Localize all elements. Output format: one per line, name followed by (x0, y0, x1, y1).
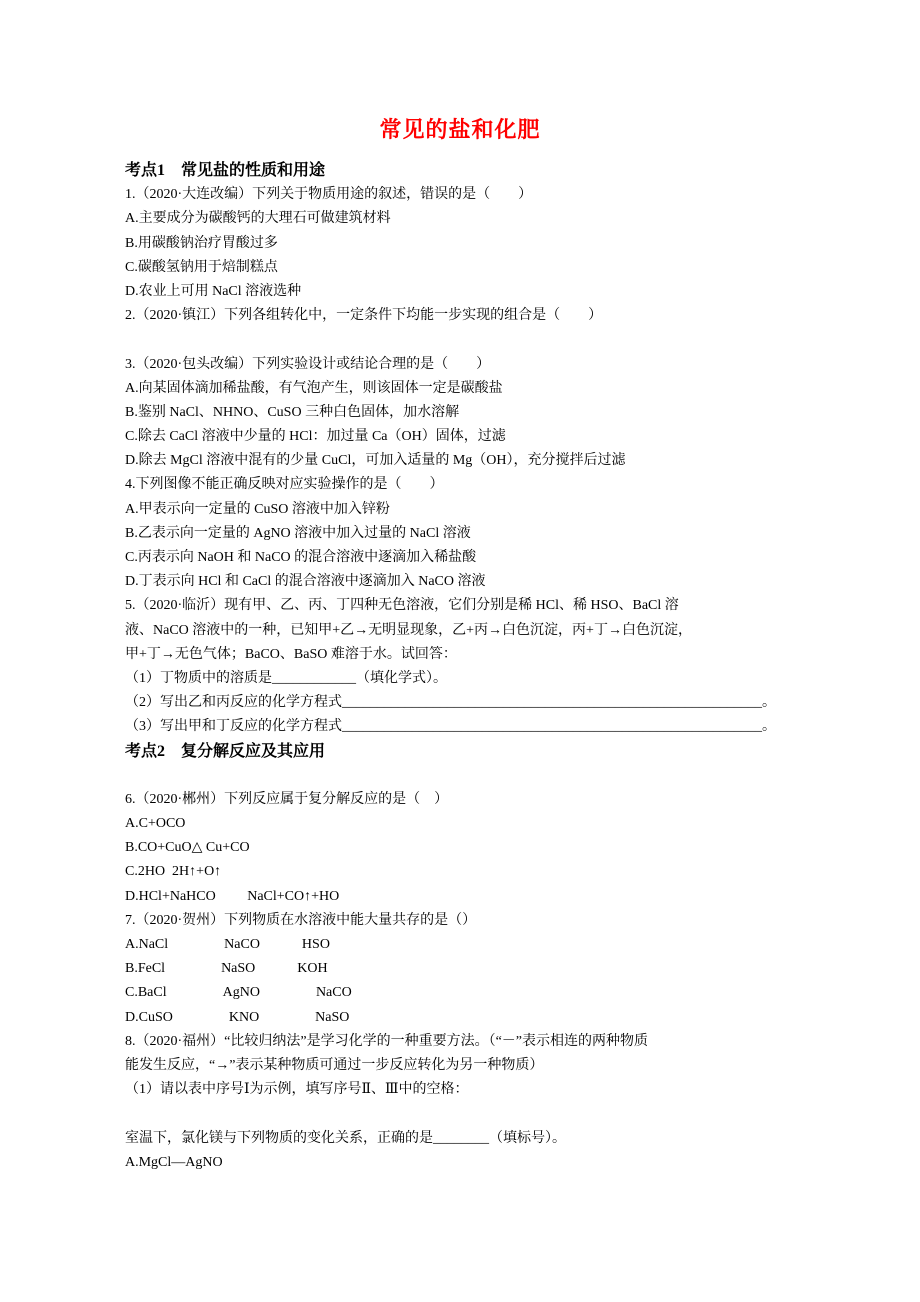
question-7-option-a: A.NaCl NaCO HSO (125, 933, 805, 957)
question-6-option-a: A.C+OCO (125, 812, 805, 836)
spacer-line (125, 764, 805, 788)
question-6-stem: 6.（2020·郴州）下列反应属于复分解反应的是（ ） (125, 788, 805, 812)
question-1-option-d: D.农业上可用 NaCl 溶液选种 (125, 280, 805, 304)
question-1-option-a: A.主要成分为碳酸钙的大理石可做建筑材料 (125, 207, 805, 231)
section-2-heading: 考点2 复分解反应及其应用 (125, 740, 805, 764)
question-1-stem: 1.（2020·大连改编）下列关于物质用途的叙述，错误的是（ ） (125, 183, 805, 207)
question-8-stem-line-1: 8.（2020·福州）“比较归纳法”是学习化学的一种重要方法。（“－”表示相连的… (125, 1030, 805, 1054)
question-3-stem: 3.（2020·包头改编）下列实验设计或结论合理的是（ ） (125, 353, 805, 377)
question-3-option-c: C.除去 CaCl 溶液中少量的 HCl：加过量 Ca（OH）固体，过滤 (125, 425, 805, 449)
question-6-option-d: D.HCl+NaHCO NaCl+CO↑+HO (125, 885, 805, 909)
question-4-option-a: A.甲表示向一定量的 CuSO 溶液中加入锌粉 (125, 498, 805, 522)
question-5-stem-line-3: 甲+丁→无色气体；BaCO、BaSO 难溶于水。试回答： (125, 643, 805, 667)
question-5-stem-line-1: 5.（2020·临沂）现有甲、乙、丙、丁四种无色溶液，它们分别是稀 HCl、稀 … (125, 594, 805, 618)
question-6-option-c: C.2HO 2H↑+O↑ (125, 860, 805, 884)
question-5-subquestion-2: （2）写出乙和丙反应的化学方程式________________________… (125, 691, 805, 715)
question-7-option-b: B.FeCl NaSO KOH (125, 957, 805, 981)
question-8-fill-blank-line: 室温下，氯化镁与下列物质的变化关系，正确的是________（填标号）。 (125, 1127, 805, 1151)
question-6-option-b: B.CO+CuO△ Cu+CO (125, 836, 805, 860)
document-page: 常见的盐和化肥 考点1 常见盐的性质和用途 1.（2020·大连改编）下列关于物… (0, 0, 920, 1302)
page-title: 常见的盐和化肥 (0, 113, 920, 144)
question-7-option-d: D.CuSO KNO NaSO (125, 1006, 805, 1030)
question-5-subquestion-3: （3）写出甲和丁反应的化学方程式________________________… (125, 715, 805, 739)
question-4-stem: 4.下列图像不能正确反映对应实验操作的是（ ） (125, 473, 805, 497)
question-5-subquestion-1: （1）丁物质中的溶质是____________（填化学式）。 (125, 667, 805, 691)
question-1-option-c: C.碳酸氢钠用于焙制糕点 (125, 256, 805, 280)
question-7-option-c: C.BaCl AgNO NaCO (125, 981, 805, 1005)
question-2-stem: 2.（2020·镇江）下列各组转化中，一定条件下均能一步实现的组合是（ ） (125, 304, 805, 328)
spacer-line (125, 1102, 805, 1126)
question-4-option-d: D.丁表示向 HCl 和 CaCl 的混合溶液中逐滴加入 NaCO 溶液 (125, 570, 805, 594)
question-4-option-b: B.乙表示向一定量的 AgNO 溶液中加入过量的 NaCl 溶液 (125, 522, 805, 546)
question-7-stem: 7.（2020·贺州）下列物质在水溶液中能大量共存的是（） (125, 909, 805, 933)
document-body: 考点1 常见盐的性质和用途 1.（2020·大连改编）下列关于物质用途的叙述，错… (125, 159, 805, 1175)
question-8-stem-line-2: 能发生反应，“→”表示某种物质可通过一步反应转化为另一种物质） (125, 1054, 805, 1078)
question-8-subquestion-1: （1）请以表中序号Ⅰ为示例，填写序号Ⅱ、Ⅲ中的空格： (125, 1078, 805, 1102)
section-1-heading: 考点1 常见盐的性质和用途 (125, 159, 805, 183)
spacer-line (125, 328, 805, 352)
question-1-option-b: B.用碳酸钠治疗胃酸过多 (125, 232, 805, 256)
question-3-option-a: A.向某固体滴加稀盐酸，有气泡产生，则该固体一定是碳酸盐 (125, 377, 805, 401)
question-5-stem-line-2: 液、NaCO 溶液中的一种，已知甲+乙→无明显现象，乙+丙→白色沉淀，丙+丁→白… (125, 619, 805, 643)
question-4-option-c: C.丙表示向 NaOH 和 NaCO 的混合溶液中逐滴加入稀盐酸 (125, 546, 805, 570)
question-3-option-b: B.鉴别 NaCl、NHNO、CuSO 三种白色固体，加水溶解 (125, 401, 805, 425)
question-3-option-d: D.除去 MgCl 溶液中混有的少量 CuCl，可加入适量的 Mg（OH），充分… (125, 449, 805, 473)
question-8-option-a: A.MgCl—AgNO (125, 1151, 805, 1175)
